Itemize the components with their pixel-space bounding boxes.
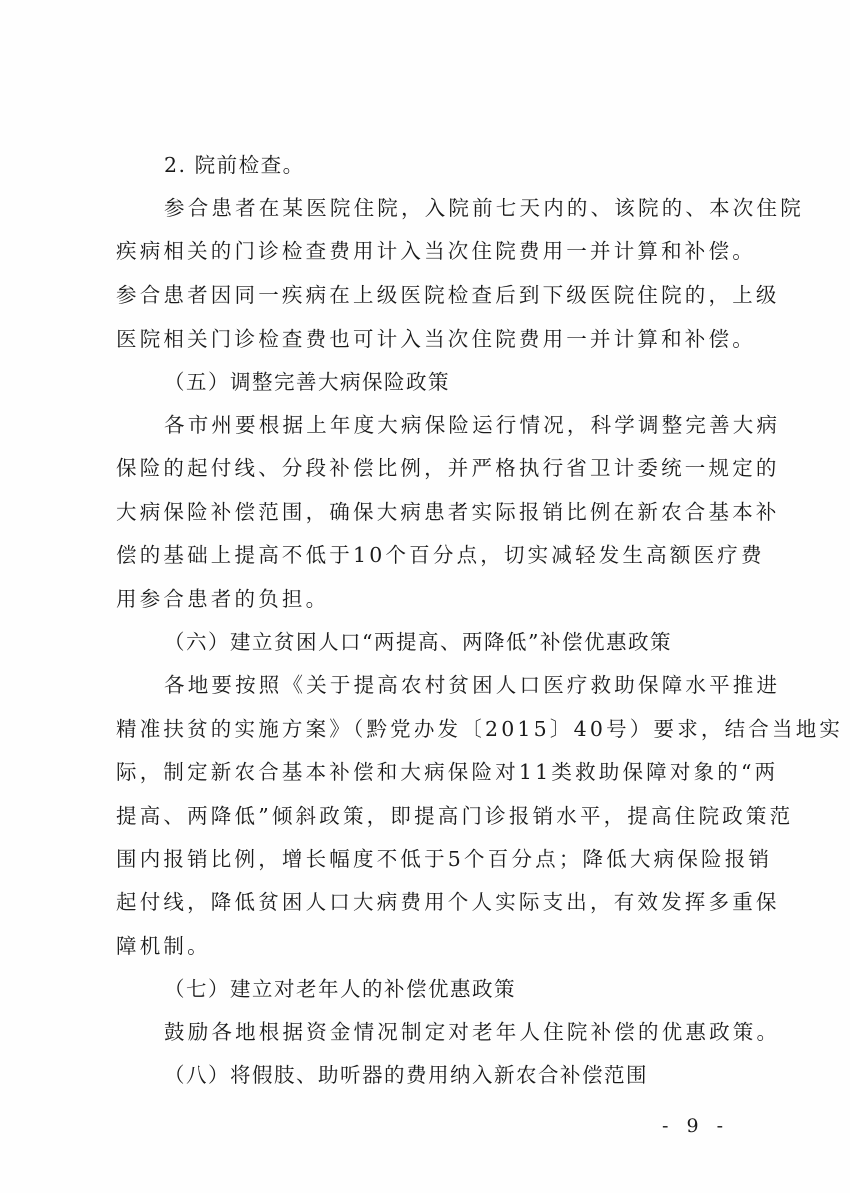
paragraph-line: 鼓励各地根据资金情况制定对老年人住院补偿的优惠政策。 [164,1017,736,1047]
heading-section-8: （八）将假肢、助听器的费用纳入新农合补偿范围 [164,1060,736,1090]
paragraph-line: 疾病相关的门诊检查费用计入当次住院费用一并计算和补偿。 [116,236,736,266]
paragraph-line: 围内报销比例，增长幅度不低于5个百分点；降低大病保险报销 [116,844,736,874]
paragraph-line: 各地要按照《关于提高农村贫困人口医疗救助保障水平推进 [164,670,736,700]
paragraph-line: 参合患者因同一疾病在上级医院检查后到下级医院住院的，上级 [116,280,736,310]
paragraph-line: 各市州要根据上年度大病保险运行情况，科学调整完善大病 [164,410,736,440]
paragraph-line: 保险的起付线、分段补偿比例，并严格执行省卫计委统一规定的 [116,453,736,483]
subheading-pre-admission-exam: 2. 院前检查。 [164,150,736,180]
paragraph-line: 医院相关门诊检查费也可计入当次住院费用一并计算和补偿。 [116,324,736,354]
heading-section-6: （六）建立贫困人口“两提高、两降低”补偿优惠政策 [164,627,736,657]
paragraph-line: 际，制定新农合基本补偿和大病保险对11类救助保障对象的“两 [116,757,736,787]
paragraph-line: 障机制。 [116,931,736,961]
heading-section-7: （七）建立对老年人的补偿优惠政策 [164,974,736,1004]
document-page: 2. 院前检查。 参合患者在某医院住院，入院前七天内的、该院的、本次住院 疾病相… [0,0,850,1193]
paragraph-line: 精准扶贫的实施方案》（黔党办发〔2015〕40号）要求，结合当地实 [116,714,736,744]
paragraph-line: 偿的基础上提高不低于10个百分点，切实减轻发生高额医疗费 [116,540,736,570]
paragraph-line: 提高、两降低”倾斜政策，即提高门诊报销水平，提高住院政策范 [116,801,736,831]
paragraph-line: 用参合患者的负担。 [116,584,736,614]
heading-section-5: （五）调整完善大病保险政策 [164,367,736,397]
page-number: - 9 - [662,1115,729,1137]
paragraph-line: 大病保险补偿范围，确保大病患者实际报销比例在新农合基本补 [116,497,736,527]
paragraph-line: 起付线，降低贫困人口大病费用个人实际支出，有效发挥多重保 [116,887,736,917]
paragraph-line: 参合患者在某医院住院，入院前七天内的、该院的、本次住院 [164,193,736,223]
